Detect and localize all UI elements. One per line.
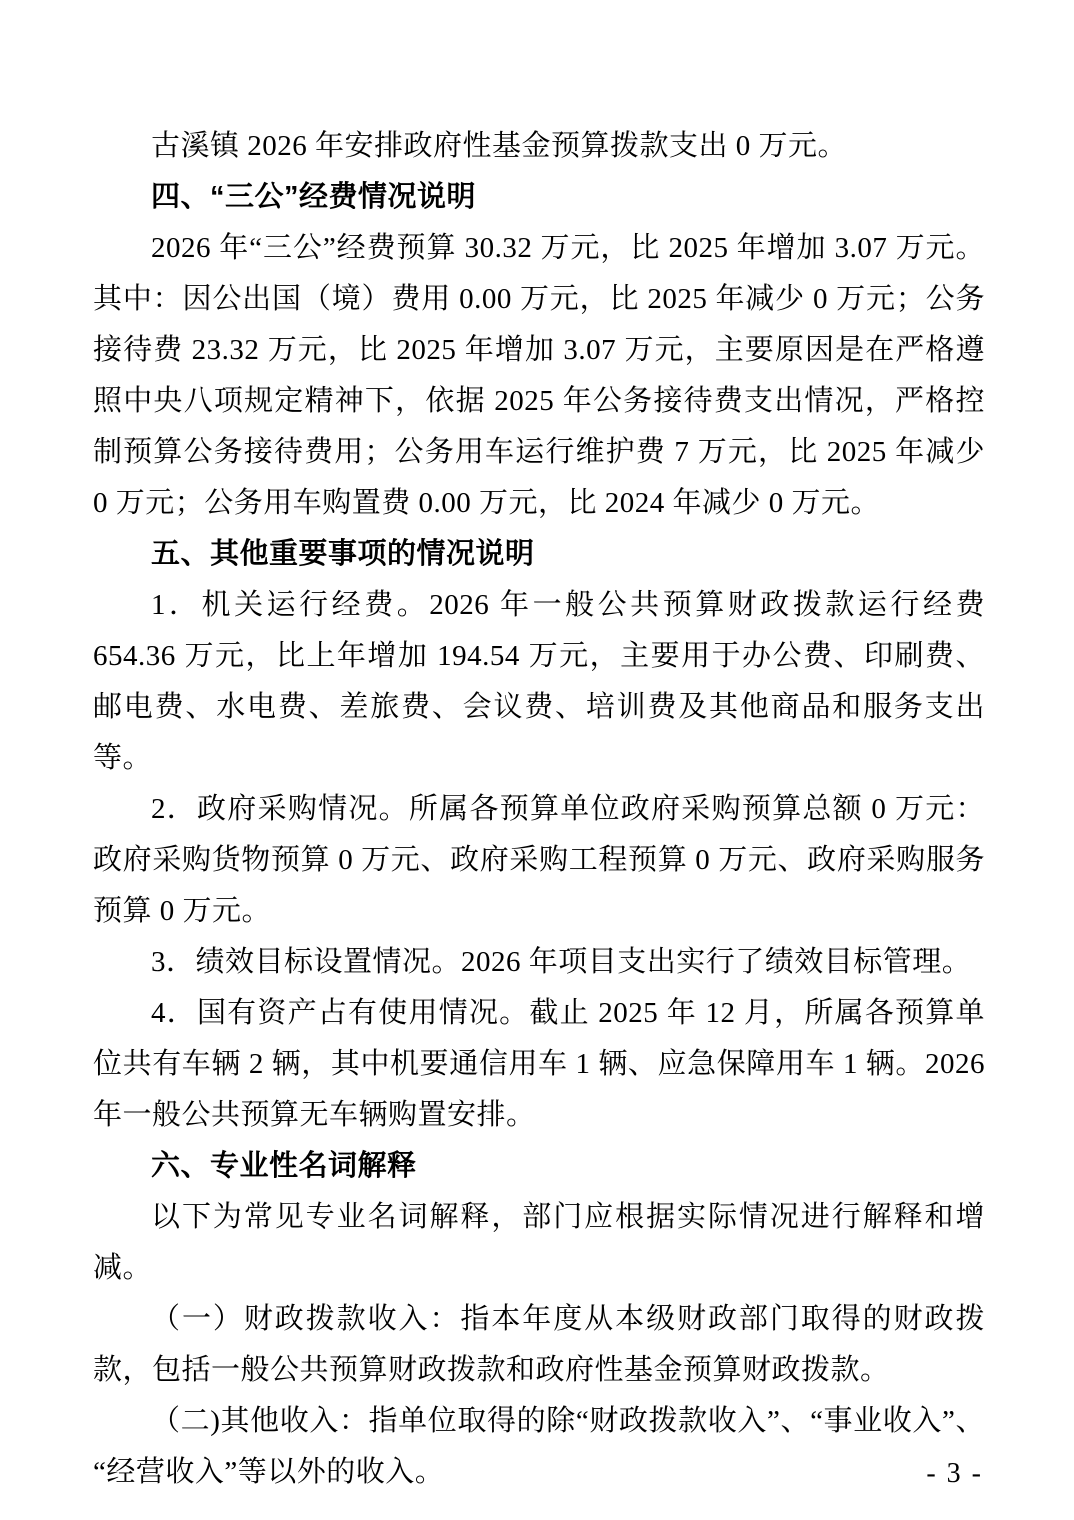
page-number: - 3 -: [926, 1458, 983, 1490]
paragraph-item-3-performance-targets: 3．绩效目标设置情况。2026 年项目支出实行了绩效目标管理。: [93, 937, 985, 988]
heading-section-6-terminology-explanation: 六、专业性名词解释: [93, 1141, 985, 1192]
heading-section-5-other-important-matters: 五、其他重要事项的情况说明: [93, 529, 985, 580]
paragraph-gov-fund-budget-expenditure: 古溪镇 2026 年安排政府性基金预算拨款支出 0 万元。: [93, 121, 985, 172]
paragraph-item-4-state-owned-assets: 4．国有资产占有使用情况。截止 2025 年 12 月，所属各预算单位共有车辆 …: [93, 988, 985, 1141]
paragraph-term-1-fiscal-appropriation-income: （一）财政拨款收入：指本年度从本级财政部门取得的财政拨款，包括一般公共预算财政拨…: [93, 1294, 985, 1396]
document-body: 古溪镇 2026 年安排政府性基金预算拨款支出 0 万元。 四、“三公”经费情况…: [0, 0, 1074, 1498]
paragraph-term-2-other-income: （二)其他收入：指单位取得的除“财政拨款收入”、“事业收入”、“经营收入”等以外…: [93, 1396, 985, 1498]
paragraph-three-public-expenses-detail: 2026 年“三公”经费预算 30.32 万元，比 2025 年增加 3.07 …: [93, 223, 985, 529]
paragraph-item-1-agency-operating-funds: 1．机关运行经费。2026 年一般公共预算财政拨款运行经费 654.36 万元，…: [93, 580, 985, 784]
heading-section-4-three-public-expenses: 四、“三公”经费情况说明: [93, 172, 985, 223]
paragraph-terminology-intro: 以下为常见专业名词解释，部门应根据实际情况进行解释和增减。: [93, 1192, 985, 1294]
document-page: 古溪镇 2026 年安排政府性基金预算拨款支出 0 万元。 四、“三公”经费情况…: [0, 0, 1074, 1520]
paragraph-item-2-government-procurement: 2．政府采购情况。所属各预算单位政府采购预算总额 0 万元：政府采购货物预算 0…: [93, 784, 985, 937]
